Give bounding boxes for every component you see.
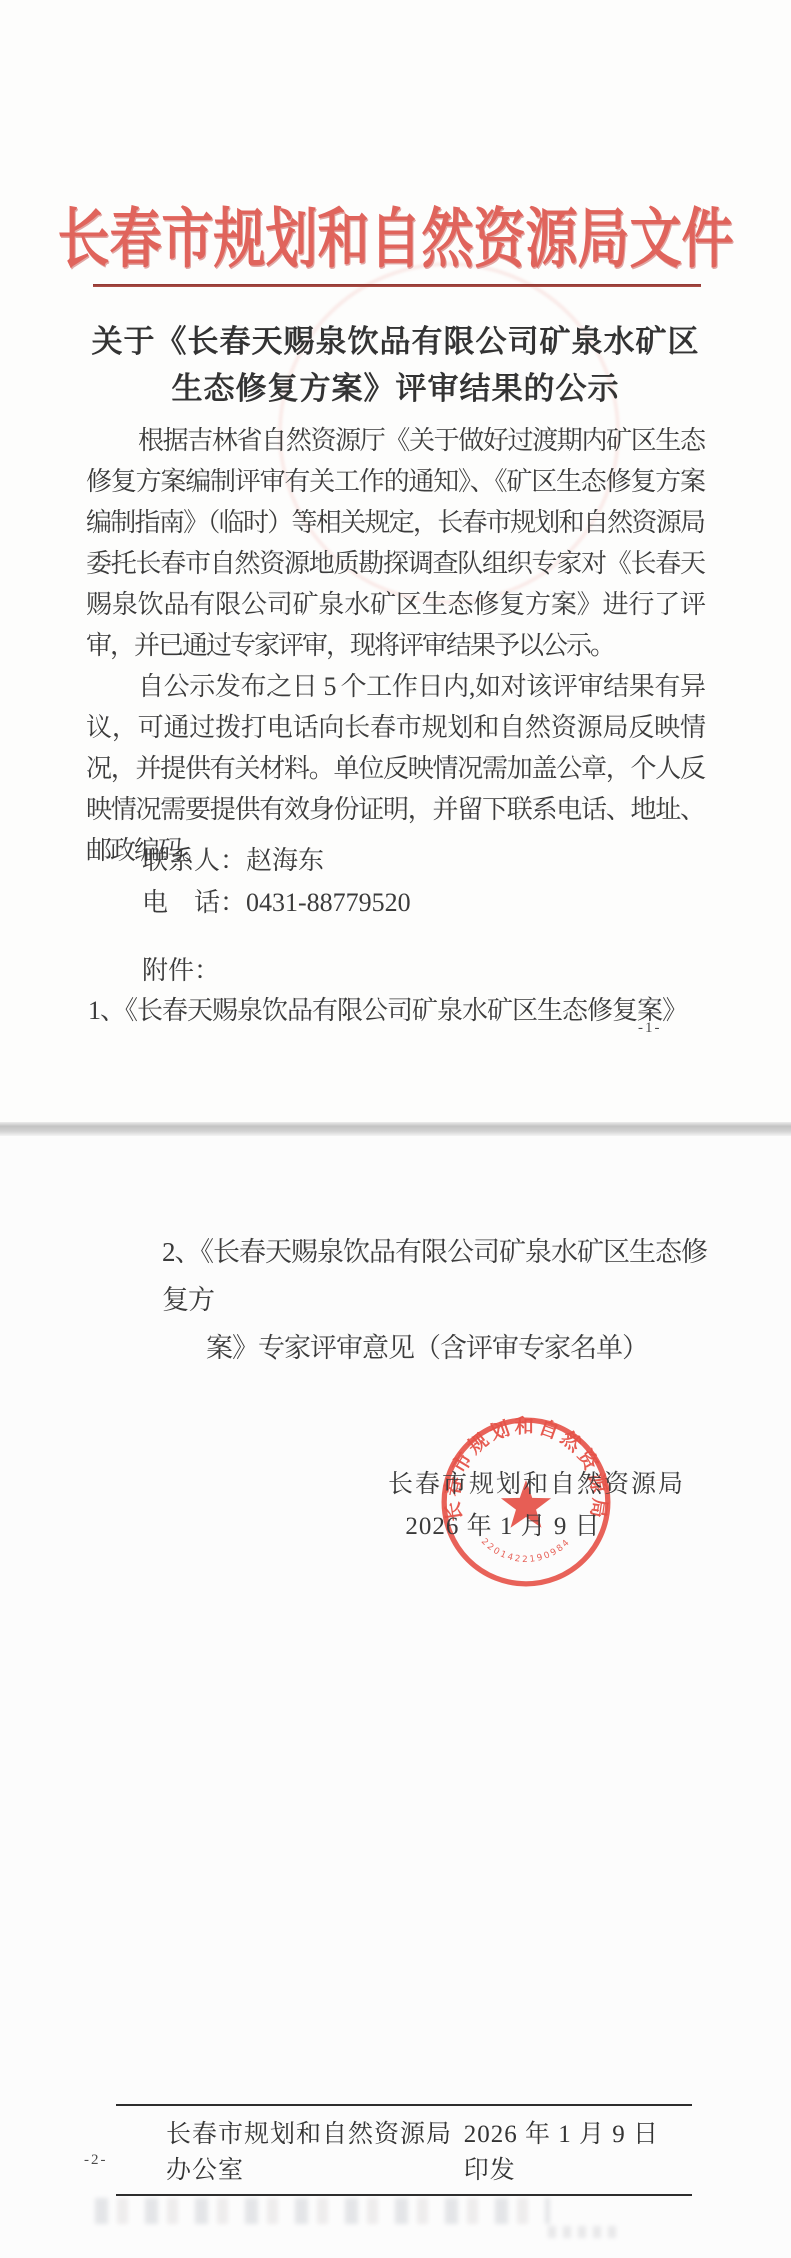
agency-header: 长春市规划和自然资源局文件 <box>0 186 791 280</box>
attachments-heading: 附件： <box>142 950 220 987</box>
official-seal: 长春市规划和自然资源局 2201422190984 <box>438 1414 614 1590</box>
attachment-item-1: 1、《长春天赐泉饮品有限公司矿泉水矿区生态修复案》 <box>88 990 687 1027</box>
signing-agency: 长春市规划和自然资源局 <box>388 1464 633 1500</box>
footer-band: 长春市规划和自然资源局办公室 2026 年 1 月 9 日印发 <box>116 2104 692 2196</box>
page-2: 2、《长春天赐泉饮品有限公司矿泉水矿区生态修复方 案》专家评审意见（含评审专家名… <box>0 1136 791 2258</box>
contact-phone: 电 话：0431-88779520 <box>142 882 411 919</box>
attachment-item-2-line2: 案》专家评审意见（含评审专家名单） <box>162 1324 722 1372</box>
document-title: 关于《长春天赐泉饮品有限公司矿泉水矿区 生态修复方案》评审结果的公示 <box>40 318 751 412</box>
document-title-line2: 生态修复方案》评审结果的公示 <box>40 365 751 412</box>
scanned-document: 长春市规划和自然资源局文件 关于《长春天赐泉饮品有限公司矿泉水矿区 生态修复方案… <box>0 0 791 2258</box>
bleedthrough-text-strip <box>95 2198 550 2224</box>
page-number-1: -1- <box>638 1020 662 1037</box>
bleedthrough-text-mark <box>548 2226 618 2238</box>
signing-date: 2026 年 1 月 9 日 <box>388 1506 618 1542</box>
document-title-line1: 关于《长春天赐泉饮品有限公司矿泉水矿区 <box>40 318 751 365</box>
page-break-divider <box>0 1122 791 1136</box>
footer-issuing-office: 长春市规划和自然资源局办公室 <box>166 2114 464 2186</box>
red-divider-rule <box>93 284 701 287</box>
footer-print-date: 2026 年 1 月 9 日印发 <box>464 2114 666 2186</box>
contact-person: 联系人：赵海东 <box>142 840 324 877</box>
official-seal-graphic: 长春市规划和自然资源局 2201422190984 <box>438 1414 614 1590</box>
page-number-2: -2- <box>84 2152 108 2169</box>
paragraph-1: 根据吉林省自然资源厅《关于做好过渡期内矿区生态修复方案编制评审有关工作的通知》、… <box>86 420 704 666</box>
attachment-item-2: 2、《长春天赐泉饮品有限公司矿泉水矿区生态修复方 案》专家评审意见（含评审专家名… <box>162 1228 722 1372</box>
page-1: 长春市规划和自然资源局文件 关于《长春天赐泉饮品有限公司矿泉水矿区 生态修复方案… <box>0 0 791 1122</box>
attachment-item-2-line1: 2、《长春天赐泉饮品有限公司矿泉水矿区生态修复方 <box>162 1228 722 1324</box>
